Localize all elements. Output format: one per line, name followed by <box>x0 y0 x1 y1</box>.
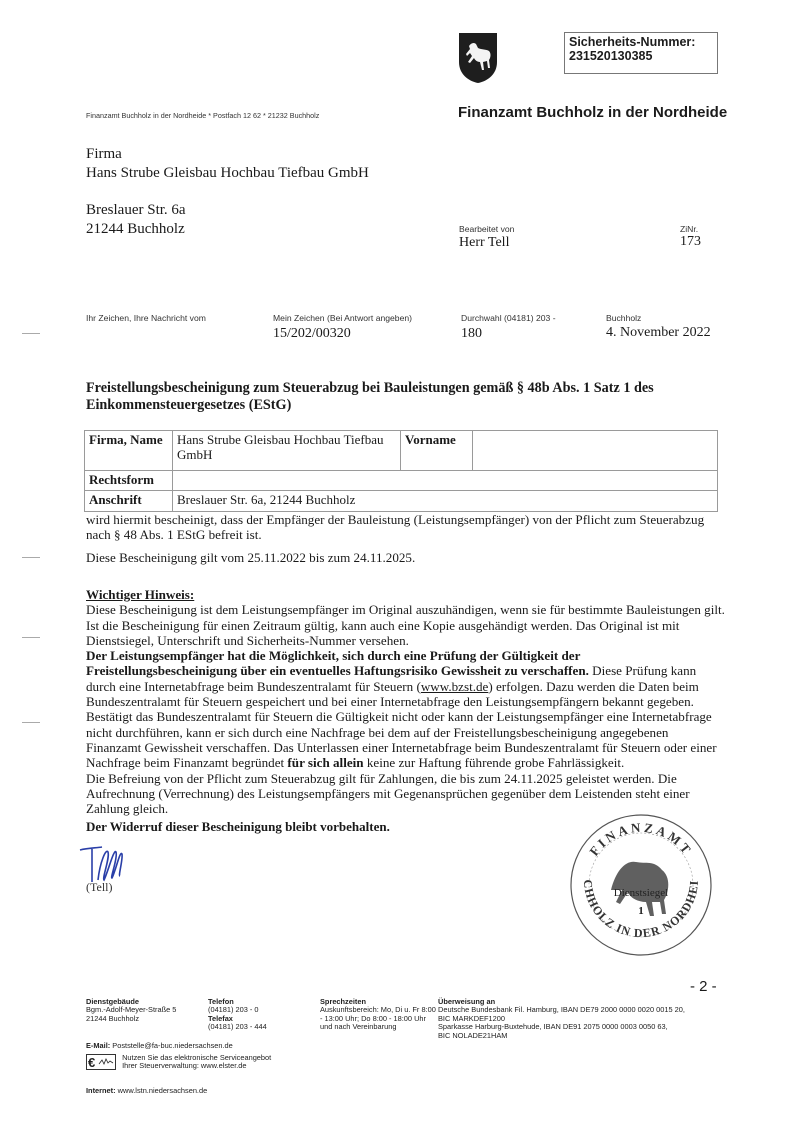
svg-text:€: € <box>88 1055 95 1069</box>
firstname-label: Vorname <box>401 431 473 471</box>
notice-paragraph: Diese Bescheinigung ist dem Leistungsemp… <box>86 602 726 648</box>
security-number-box: Sicherheits-Nummer: 231520130385 <box>564 32 718 74</box>
recipient-company: Hans Strube Gleisbau Hochbau Tiefbau Gmb… <box>86 164 369 183</box>
security-number-label: Sicherheits-Nummer: <box>569 35 717 49</box>
recipient-address: Firma Hans Strube Gleisbau Hochbau Tiefb… <box>86 145 369 239</box>
footer-phone: Telefon (04181) 203 - 0 Telefax (04181) … <box>208 998 267 1032</box>
footer-office-hours: Sprechzeiten Auskunftsbereich: Mo, Di u.… <box>320 998 438 1032</box>
name-label: Firma, Name <box>85 431 173 471</box>
notice-paragraph: Bestätigt das Bundeszentralamt für Steue… <box>86 709 726 770</box>
official-seal-icon: FINANZAMT BUCHHOLZ IN DER NORDHEIDE Dien… <box>566 810 716 960</box>
crest-horse-icon <box>458 32 498 84</box>
footer-email: E-Mail: Poststelle@fa-buc.niedersachsen.… <box>86 1042 233 1050</box>
letter-date: 4. November 2022 <box>606 325 711 341</box>
certification-text: wird hiermit bescheinigt, dass der Empfä… <box>86 512 726 543</box>
signer-name: (Tell) <box>86 880 112 895</box>
revocation-note: Der Widerruf dieser Bescheinigung bleibt… <box>86 819 390 835</box>
my-ref-label: Mein Zeichen (Bei Antwort angeben) <box>273 313 412 323</box>
processed-by-value: Herr Tell <box>459 235 509 251</box>
legalform-label: Rechtsform <box>85 471 173 491</box>
footer-elster: € Nutzen Sie das elektronische Servicean… <box>86 1054 271 1071</box>
validity-text: Diese Bescheinigung gilt vom 25.11.2022 … <box>86 550 726 565</box>
fold-mark <box>22 333 40 334</box>
legalform-value <box>173 471 718 491</box>
page-number: - 2 - <box>690 978 717 995</box>
notice-paragraph: Der Leistungsempfänger hat die Möglichke… <box>86 648 726 709</box>
office-name: Finanzamt Buchholz in der Nordheide <box>458 104 727 121</box>
fold-mark <box>22 557 40 558</box>
recipient-info-table: Firma, Name Hans Strube Gleisbau Hochbau… <box>84 430 718 512</box>
security-number: 231520130385 <box>569 49 717 63</box>
notice-bold-text: für sich allein <box>287 755 363 770</box>
seal-number: 1 <box>638 905 644 917</box>
firstname-value <box>473 431 718 471</box>
important-notice: Wichtiger Hinweis: Diese Bescheinigung i… <box>86 587 726 816</box>
seal-center-label: Dienstsiegel <box>614 887 668 899</box>
email-link[interactable]: Poststelle@fa-buc.niedersachsen.de <box>112 1041 232 1050</box>
address-label: Anschrift <box>85 491 173 512</box>
name-value: Hans Strube Gleisbau Hochbau Tiefbau Gmb… <box>173 431 401 471</box>
seal-top-text: FINANZAMT <box>586 820 695 859</box>
processed-by-label: Bearbeitet von <box>459 224 514 234</box>
recipient-line: Firma <box>86 145 369 164</box>
address-value: Breslauer Str. 6a, 21244 Buchholz <box>173 491 718 512</box>
fold-mark <box>22 637 40 638</box>
document-title: Freistellungsbescheinigung zum Steuerabz… <box>86 380 726 414</box>
footer-bank-details: Überweisung an Deutsche Bundesbank Fil. … <box>438 998 728 1040</box>
my-ref-value: 15/202/00320 <box>273 326 351 342</box>
fold-mark <box>22 722 40 723</box>
sender-return-address: Finanzamt Buchholz in der Nordheide * Po… <box>86 111 319 120</box>
bzst-link[interactable]: www.bzst.de <box>421 679 489 694</box>
recipient-street: Breslauer Str. 6a <box>86 201 369 220</box>
recipient-city: 21244 Buchholz <box>86 220 369 239</box>
elster-logo-icon: € <box>86 1054 116 1070</box>
table-row: Firma, Name Hans Strube Gleisbau Hochbau… <box>85 431 718 471</box>
notice-bold-text: Der Leistungsempfänger hat die Möglichke… <box>86 648 589 678</box>
notice-heading: Wichtiger Hinweis: <box>86 587 726 602</box>
website-link[interactable]: www.lstn.niedersachsen.de <box>118 1086 208 1095</box>
room-value: 173 <box>680 234 701 250</box>
table-row: Anschrift Breslauer Str. 6a, 21244 Buchh… <box>85 491 718 512</box>
extension-value: 180 <box>461 326 482 342</box>
footer-internet: Internet: www.lstn.niedersachsen.de <box>86 1087 207 1095</box>
extension-label: Durchwahl (04181) 203 - <box>461 313 556 323</box>
place-label: Buchholz <box>606 313 641 323</box>
room-label: ZiNr. <box>680 224 698 234</box>
your-ref-label: Ihr Zeichen, Ihre Nachricht vom <box>86 313 206 323</box>
svg-text:FINANZAMT: FINANZAMT <box>586 820 695 859</box>
footer-building: Dienstgebäude Bgm.-Adolf-Meyer-Straße 5 … <box>86 998 176 1023</box>
table-row: Rechtsform <box>85 471 718 491</box>
